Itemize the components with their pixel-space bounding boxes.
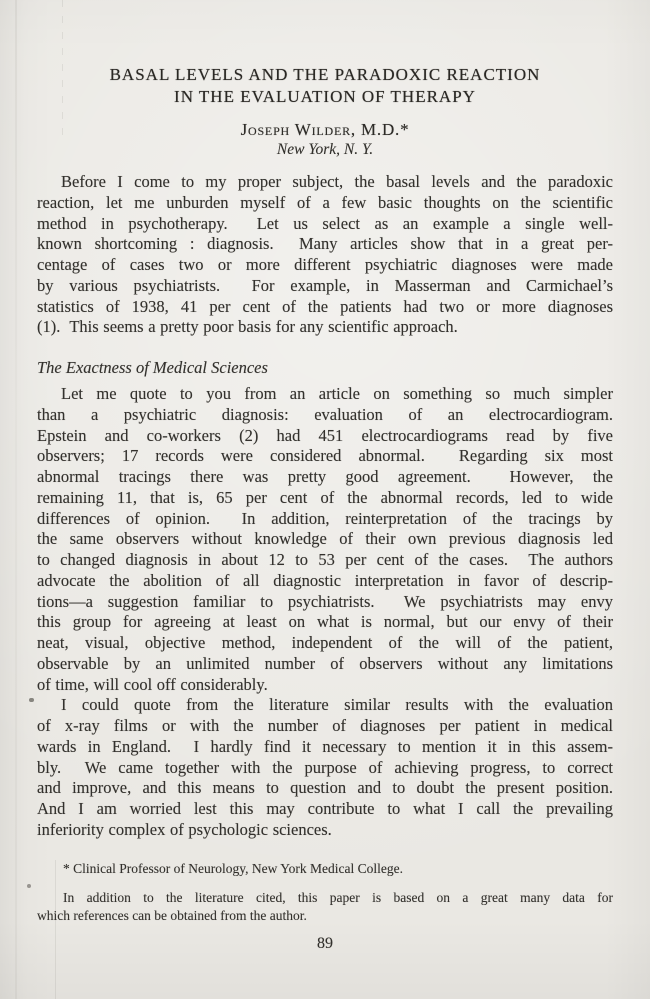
- scanned-journal-page: BASAL LEVELS AND THE PARADOXIC REACTION …: [0, 0, 650, 999]
- text-line: and improve, and this means to question …: [37, 778, 613, 799]
- paragraph: I could quote from the literature simila…: [37, 695, 613, 840]
- text-line: this group for agreeing at least on what…: [37, 612, 613, 633]
- text-line: Let me quote to you from an article on s…: [37, 384, 613, 405]
- body-blocks: Before I come to my proper subject, the …: [37, 172, 613, 841]
- footnote-line: * Clinical Professor of Neurology, New Y…: [37, 860, 613, 878]
- text-line: statistics of 1938, 41 per cent of the p…: [37, 297, 613, 318]
- text-line: neat, visual, objective method, independ…: [37, 633, 613, 654]
- author-byline: Joseph Wilder, M.D.*: [37, 120, 613, 140]
- text-line: observable by an unlimited number of obs…: [37, 654, 613, 675]
- text-line: inferiority complex of psychologic scien…: [37, 820, 613, 841]
- text-line: centage of cases two or more different p…: [37, 255, 613, 276]
- text-line: differences of opinion. In addition, rei…: [37, 509, 613, 530]
- page-content: BASAL LEVELS AND THE PARADOXIC REACTION …: [37, 64, 613, 954]
- paragraph: Let me quote to you from an article on s…: [37, 384, 613, 695]
- text-line: Before I come to my proper subject, the …: [37, 172, 613, 193]
- paragraph: Before I come to my proper subject, the …: [37, 172, 613, 338]
- article-title-line-2: IN THE EVALUATION OF THERAPY: [37, 86, 613, 108]
- section-heading: The Exactness of Medical Sciences: [37, 357, 613, 379]
- text-line: than a psychiatric diagnosis: evaluation…: [37, 405, 613, 426]
- text-line: And I am worried lest this may contribut…: [37, 799, 613, 820]
- footnote-line: In addition to the literature cited, thi…: [37, 889, 613, 907]
- text-line: bly. We came together with the purpose o…: [37, 758, 613, 779]
- text-line: wards in England. I hardly find it neces…: [37, 737, 613, 758]
- author-location: New York, N. Y.: [37, 140, 613, 159]
- text-line: to changed diagnosis in about 12 to 53 p…: [37, 550, 613, 571]
- text-line: by various psychiatrists. For example, i…: [37, 276, 613, 297]
- footnote: * Clinical Professor of Neurology, New Y…: [37, 860, 613, 878]
- text-line: remaining 11, that is, 65 per cent of th…: [37, 488, 613, 509]
- scan-speck: [27, 884, 31, 888]
- paper-crease-left: [15, 0, 17, 999]
- text-line: observers; 17 records were considered ab…: [37, 446, 613, 467]
- text-line: reaction, let me unburden myself of a fe…: [37, 193, 613, 214]
- text-line: of time, will cool off considerably.: [37, 675, 613, 696]
- text-line: method in psychotherapy. Let us select a…: [37, 214, 613, 235]
- text-line: advocate the abolition of all diagnostic…: [37, 571, 613, 592]
- text-line: known shortcoming : diagnosis. Many arti…: [37, 234, 613, 255]
- text-line: abnormal tracings there was pretty good …: [37, 467, 613, 488]
- footnote: In addition to the literature cited, thi…: [37, 889, 613, 925]
- text-line: of x-ray films or with the number of dia…: [37, 716, 613, 737]
- text-line: tions—a suggestion familiar to psychiatr…: [37, 592, 613, 613]
- page-number: 89: [37, 934, 613, 954]
- footnotes: * Clinical Professor of Neurology, New Y…: [37, 860, 613, 925]
- footnote-line: which references can be obtained from th…: [37, 907, 613, 925]
- scan-speck: [29, 698, 34, 702]
- article-title-line-1: BASAL LEVELS AND THE PARADOXIC REACTION: [37, 64, 613, 86]
- text-line: Epstein and co-workers (2) had 451 elect…: [37, 426, 613, 447]
- text-line: I could quote from the literature simila…: [37, 695, 613, 716]
- text-line: (1). This seems a pretty poor basis for …: [37, 317, 613, 338]
- text-line: the same observers without knowledge of …: [37, 529, 613, 550]
